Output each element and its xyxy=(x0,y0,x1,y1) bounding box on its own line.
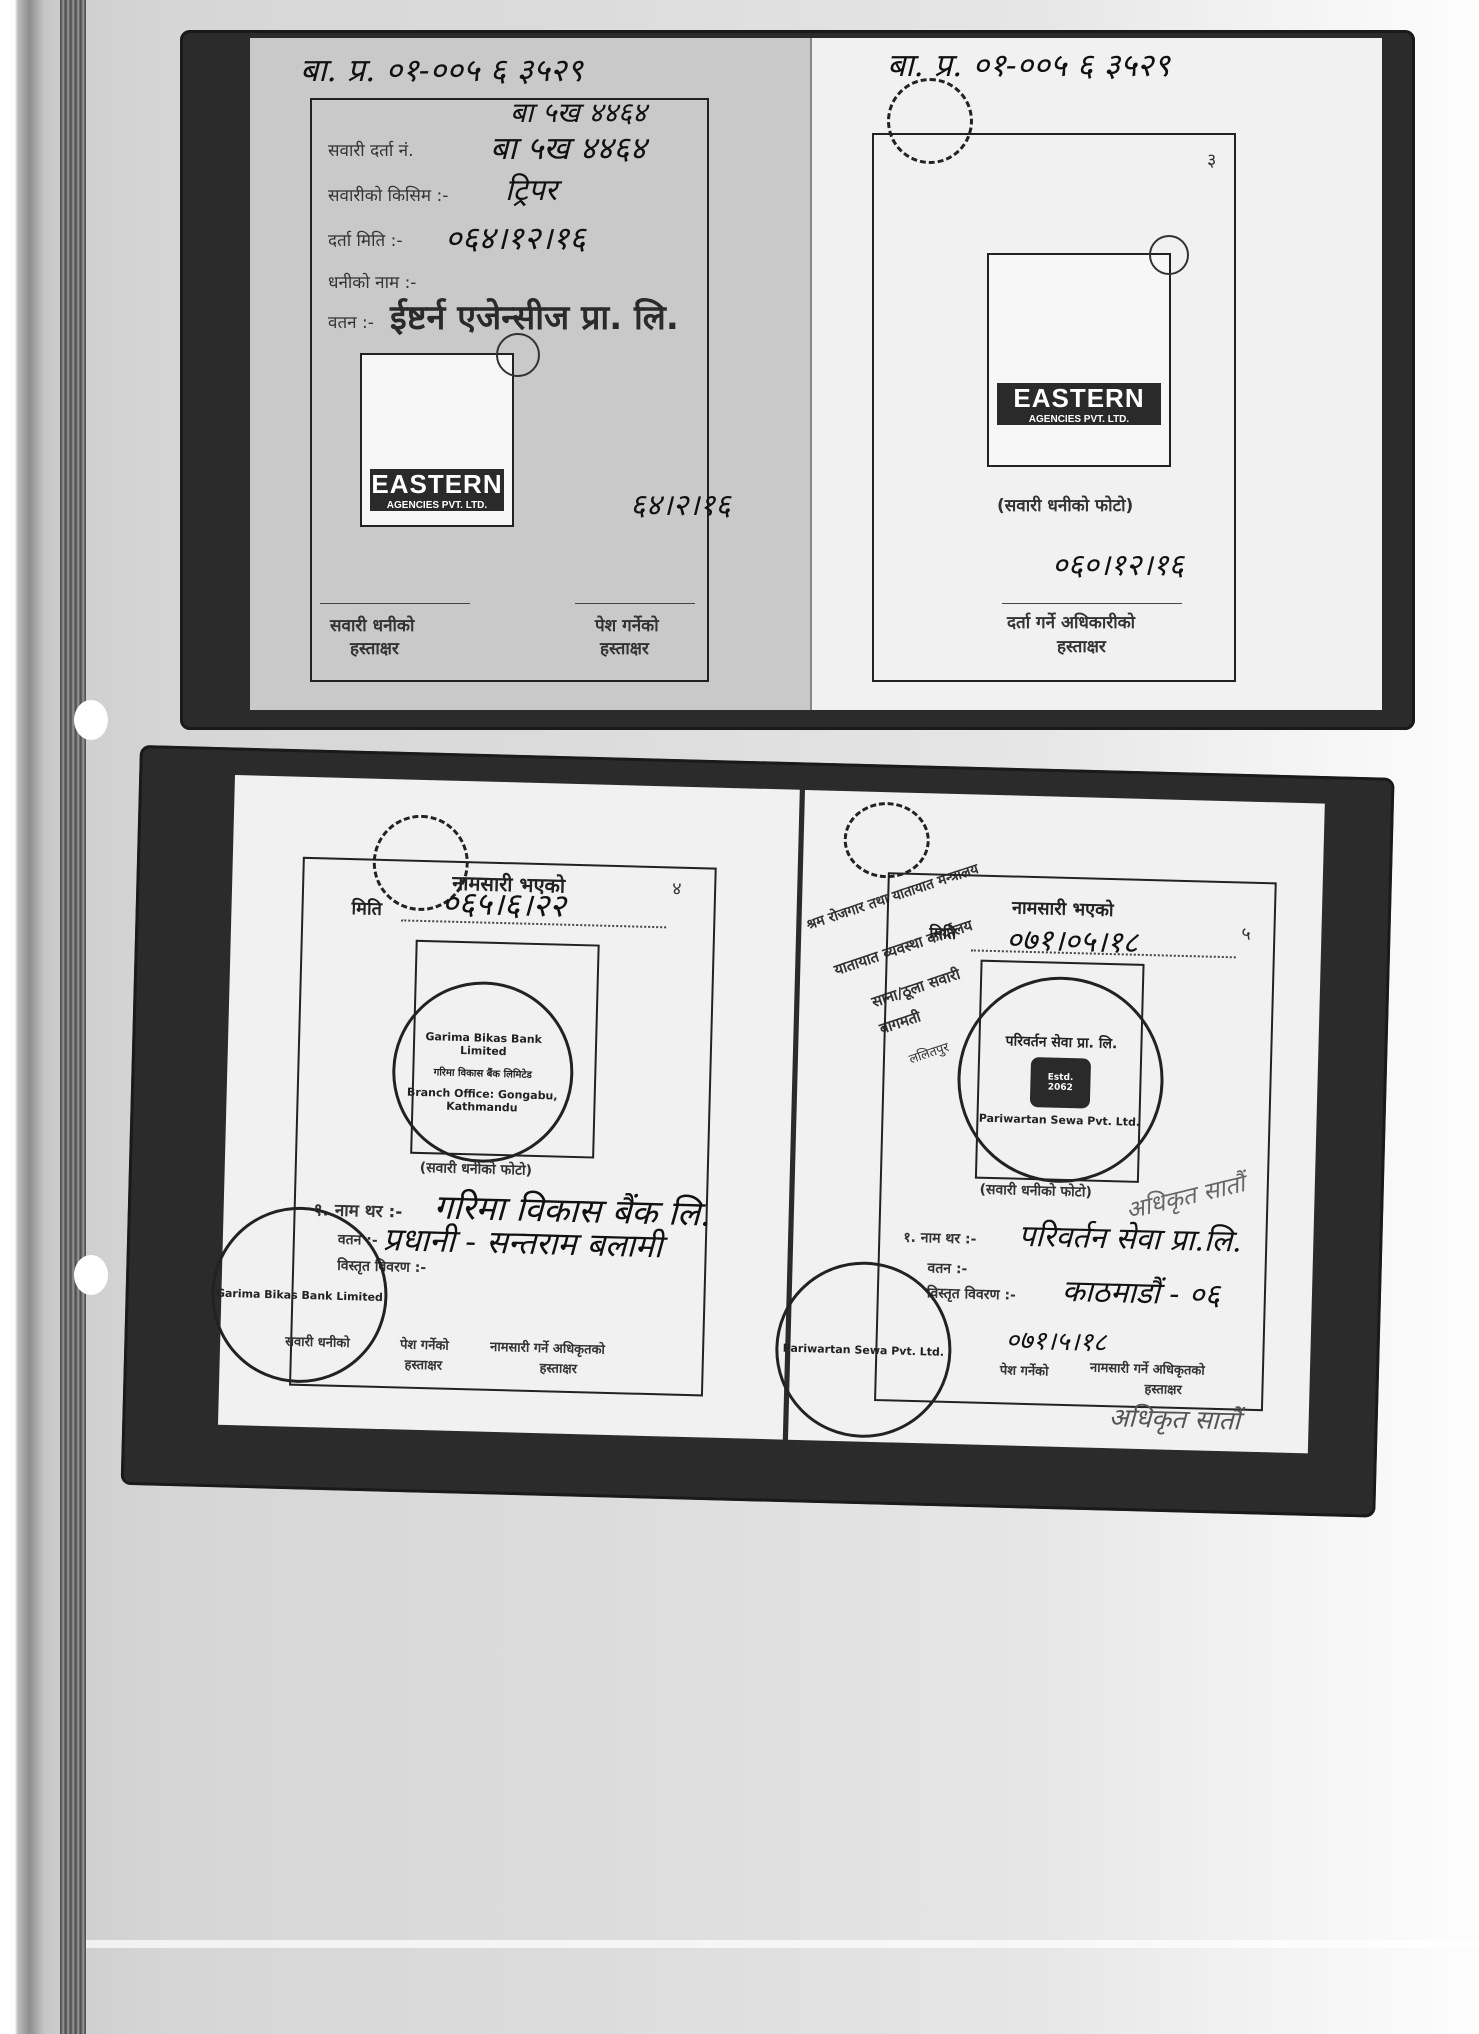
scan-light-band xyxy=(86,1940,1479,1948)
details-label: विस्तृत विवरण :- xyxy=(927,1283,1016,1304)
owner-sign-label: सवारी धनीको xyxy=(330,613,414,636)
officer-sign-label: नामसारी गर्ने अधिकृतको xyxy=(490,1337,605,1358)
top-left-page: बा. प्र. ०१-००५ ६ ३५२९ बा ५ख ४४६४ सवारी … xyxy=(250,38,810,710)
presenter-sign-label: पेश गर्नेको xyxy=(400,1335,449,1354)
top-right-page: बा. प्र. ०१-००५ ६ ३५२९ ३ EASTERN AGENCIE… xyxy=(812,38,1382,710)
logo-text: EASTERN AGENCIES PVT. LTD. xyxy=(370,469,504,511)
vehicle-type-label: सवारीको किसिम :- xyxy=(328,183,448,206)
page-number: ५ xyxy=(1241,921,1251,945)
presenter-signature: ६४।२।१६ xyxy=(630,483,731,524)
owner-sign-label: सवारी धनीको xyxy=(285,1332,350,1352)
vehicle-type-value: ट्रिपर xyxy=(505,168,557,209)
transfer-date-label: मिति xyxy=(351,896,382,921)
reg-number-value: बा ५ख ४४६४ xyxy=(490,126,646,169)
eastern-logo-left: EASTERN AGENCIES PVT. LTD. xyxy=(360,353,514,527)
photo-caption: (सवारी धनीको फोटो) xyxy=(420,1158,533,1180)
transfer-date-value: ०६५।६।२२ xyxy=(441,880,566,926)
officer-signature: ०६०।१२।१६ xyxy=(1052,543,1184,584)
officer-sign-label: नामसारी गर्ने अधिकृतको xyxy=(1090,1358,1205,1379)
eastern-logo-right: EASTERN AGENCIES PVT. LTD. xyxy=(987,253,1171,467)
transfer-date-value: ०७१।०५।१८ xyxy=(1006,917,1139,961)
presenter-sign-label-2: हस्ताक्षर xyxy=(600,636,649,659)
owner-name-label: धनीको नाम :- xyxy=(328,270,416,293)
logo-sun-icon xyxy=(1149,235,1189,275)
page-number: ३ xyxy=(1207,148,1216,172)
logo-sun-icon xyxy=(496,333,540,377)
reg-date-value: ०६४।१२।१६ xyxy=(445,216,586,259)
reg-date-label: दर्ता मिति :- xyxy=(328,228,402,251)
officer-sign-label: दर्ता गर्ने अधिकारीको xyxy=(1007,610,1135,633)
presenter-sign-label-2: हस्ताक्षर xyxy=(404,1355,442,1374)
authorized-stamp-bottom: अधिकृत सातौं xyxy=(1108,1398,1240,1437)
details-value: काठमाडौं - ०६ xyxy=(1061,1269,1220,1314)
signature-line-presenter xyxy=(575,603,695,604)
reg-number-label: सवारी दर्ता नं. xyxy=(328,138,413,161)
punch-hole-top xyxy=(74,700,108,740)
presenter-sign-label: पेश गर्नेको xyxy=(1000,1360,1049,1379)
page-number: ४ xyxy=(672,876,682,900)
logo-text: EASTERN AGENCIES PVT. LTD. xyxy=(997,383,1161,425)
presenter-signature: ०७१।५।१८ xyxy=(1005,1320,1107,1359)
binding-strip xyxy=(60,0,86,2034)
officer-sign-label-2: हस्ताक्षर xyxy=(539,1358,577,1377)
address-label: वतन :- xyxy=(927,1258,967,1278)
punch-hole-bottom xyxy=(74,1255,108,1295)
officer-sign-line xyxy=(1002,603,1182,604)
signature-line-owner xyxy=(320,603,470,604)
officer-sign-label-2: हस्ताक्षर xyxy=(1057,634,1106,657)
photo-caption: (सवारी धनीको फोटो) xyxy=(997,493,1133,516)
photo-caption: (सवारी धनीको फोटो) xyxy=(979,1180,1092,1202)
owner-name-stamp: ईष्टर्न एजेन्सीज प्रा. लि. xyxy=(390,293,679,339)
transfer-date-label: मिति xyxy=(929,921,957,944)
address-label: वतन :- xyxy=(328,310,374,333)
pariwartan-logo-icon: Estd. 2062 xyxy=(1030,1057,1091,1109)
officer-sign-label-2: हस्ताक्षर xyxy=(1144,1379,1182,1398)
owner-sign-label-2: हस्ताक्षर xyxy=(350,636,399,659)
name-value: परिवर्तन सेवा प्रा.लि. xyxy=(1018,1214,1242,1261)
office-seal-icon xyxy=(843,801,931,879)
bottom-left-page: नामसारी भएको ४ मिति ०६५।६।२२ Garima Bika… xyxy=(218,775,800,1440)
bottom-right-page: श्रम रोजगार तथा यातायात मन्त्रालय याताया… xyxy=(788,790,1325,1453)
name-label: १. नाम थर :- xyxy=(903,1228,977,1249)
presenter-sign-label: पेश गर्नेको xyxy=(595,613,659,636)
ref-number: बा. प्र. ०१-००५ ६ ३५२९ xyxy=(300,48,583,91)
